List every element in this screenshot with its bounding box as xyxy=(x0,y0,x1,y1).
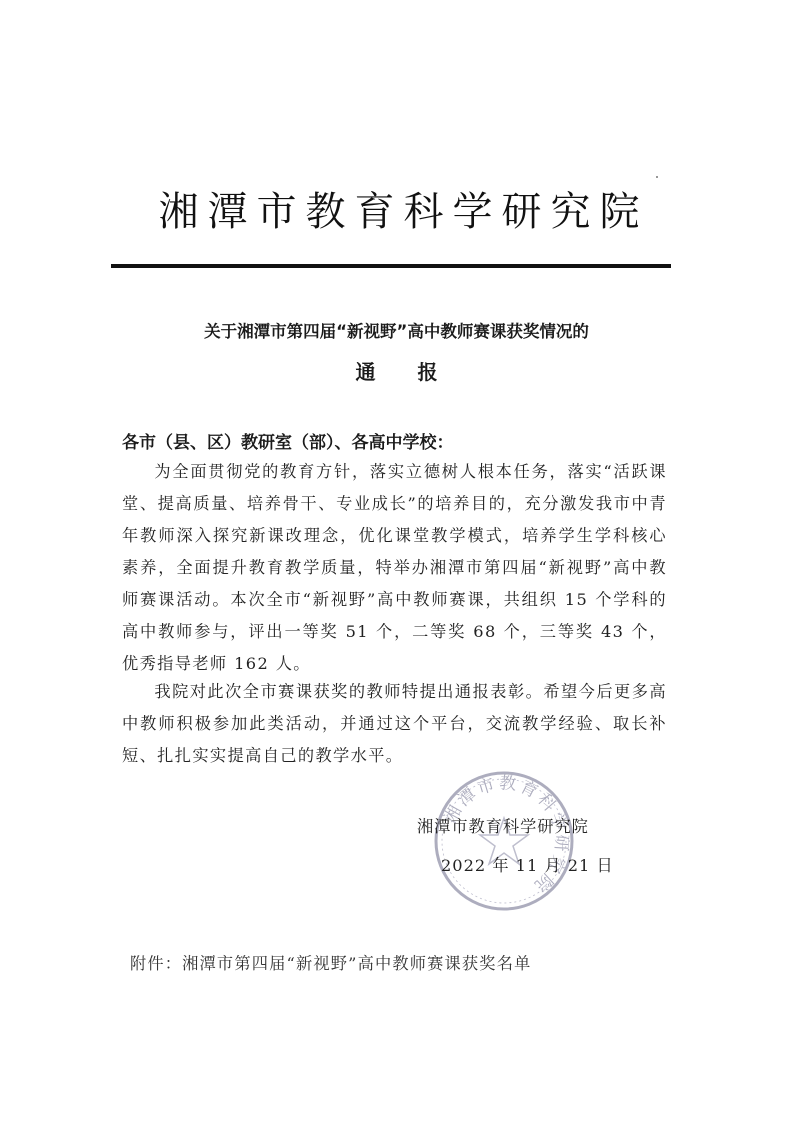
body-paragraph-2: 我院对此次全市赛课获奖的教师特提出通报表彰。希望今后更多高中教师积极参加此类活动… xyxy=(122,676,667,772)
salutation: 各市（县、区）教研室（部）、各高中学校： xyxy=(122,428,454,453)
document-subtitle: 关于湘潭市第四届“新视野”高中教师赛课获奖情况的 xyxy=(0,318,793,342)
signature-date: 2022 年 11 月 21 日 xyxy=(441,852,614,876)
body-paragraph-1: 为全面贯彻党的教育方针，落实立德树人根本任务，落实“活跃课堂、提高质量、培养骨干… xyxy=(122,456,667,680)
signature-org: 湘潭市教育科学研究院 xyxy=(417,813,589,837)
document-type-heading: 通报 xyxy=(0,356,793,385)
org-letterhead-title: 湘潭市教育科学研究院 xyxy=(0,180,793,237)
attachment-note: 附件：湘潭市第四届“新视野”高中教师赛课获奖名单 xyxy=(130,950,531,974)
official-seal-icon: 湘潭市教育科学研究院 xyxy=(433,770,575,912)
letterhead-divider xyxy=(111,264,671,268)
scan-speck xyxy=(656,176,658,178)
